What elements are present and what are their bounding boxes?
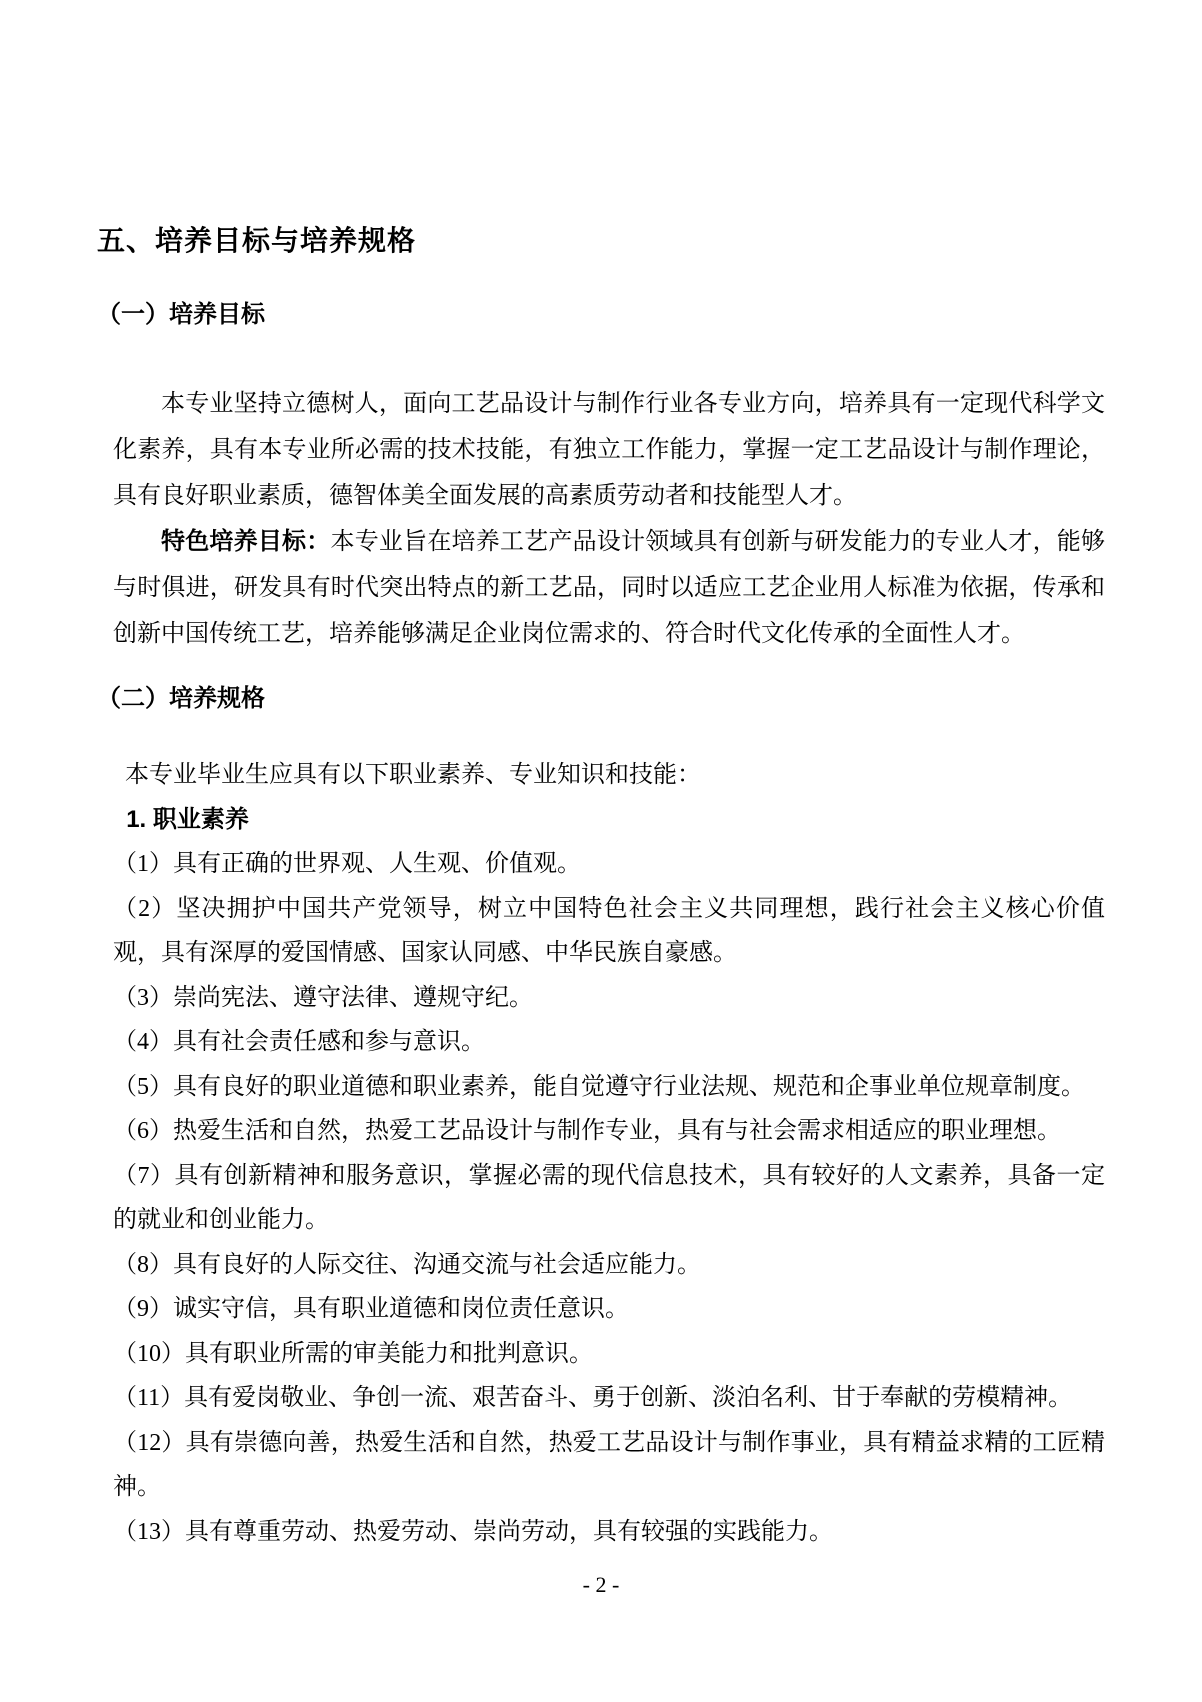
list-item: （13）具有尊重劳动、热爱劳动、崇尚劳动，具有较强的实践能力。 [113,1510,1105,1555]
document-page: 五、培养目标与培养规格 （一）培养目标 本专业坚持立德树人，面向工艺品设计与制作… [0,0,1202,1702]
list-item: （1）具有正确的世界观、人生观、价值观。 [113,842,1105,887]
special-objective-label: 特色培养目标： [161,529,330,555]
subsection-occupational-quality-heading: 1. 职业素养 [113,798,1105,843]
list-item: （7）具有创新精神和服务意识，掌握必需的现代信息技术，具有较好的人文素养，具备一… [113,1154,1105,1243]
section-2-heading: （二）培养规格 [97,684,265,714]
section-2-body: 本专业毕业生应具有以下职业素养、专业知识和技能： 1. 职业素养 （1）具有正确… [113,753,1105,1554]
section-1-body: 本专业坚持立德树人，面向工艺品设计与制作行业各专业方向，培养具有一定现代科学文化… [113,381,1105,657]
list-item: （12）具有崇德向善，热爱生活和自然，热爱工艺品设计与制作事业，具有精益求精的工… [113,1421,1105,1510]
list-item: （4）具有社会责任感和参与意识。 [113,1020,1105,1065]
training-objective-paragraph: 本专业坚持立德树人，面向工艺品设计与制作行业各专业方向，培养具有一定现代科学文化… [113,381,1105,519]
list-item: （5）具有良好的职业道德和职业素养，能自觉遵守行业法规、规范和企事业单位规章制度… [113,1065,1105,1110]
list-item: （8）具有良好的人际交往、沟通交流与社会适应能力。 [113,1243,1105,1288]
list-item: （2）坚决拥护中国共产党领导，树立中国特色社会主义共同理想，践行社会主义核心价值… [113,887,1105,976]
special-objective-paragraph: 特色培养目标：本专业旨在培养工艺产品设计领域具有创新与研发能力的专业人才，能够与… [113,519,1105,657]
section-1-heading: （一）培养目标 [97,300,265,330]
list-item: （10）具有职业所需的审美能力和批判意识。 [113,1332,1105,1377]
list-item: （11）具有爱岗敬业、争创一流、艰苦奋斗、勇于创新、淡泊名利、甘于奉献的劳模精神… [113,1376,1105,1421]
list-item: （9）诚实守信，具有职业道德和岗位责任意识。 [113,1287,1105,1332]
specs-intro-line: 本专业毕业生应具有以下职业素养、专业知识和技能： [113,753,1105,798]
list-item: （6）热爱生活和自然，热爱工艺品设计与制作专业，具有与社会需求相适应的职业理想。 [113,1109,1105,1154]
page-title: 五、培养目标与培养规格 [97,223,416,259]
list-item: （3）崇尚宪法、遵守法律、遵规守纪。 [113,976,1105,1021]
page-number: - 2 - [0,1570,1202,1600]
